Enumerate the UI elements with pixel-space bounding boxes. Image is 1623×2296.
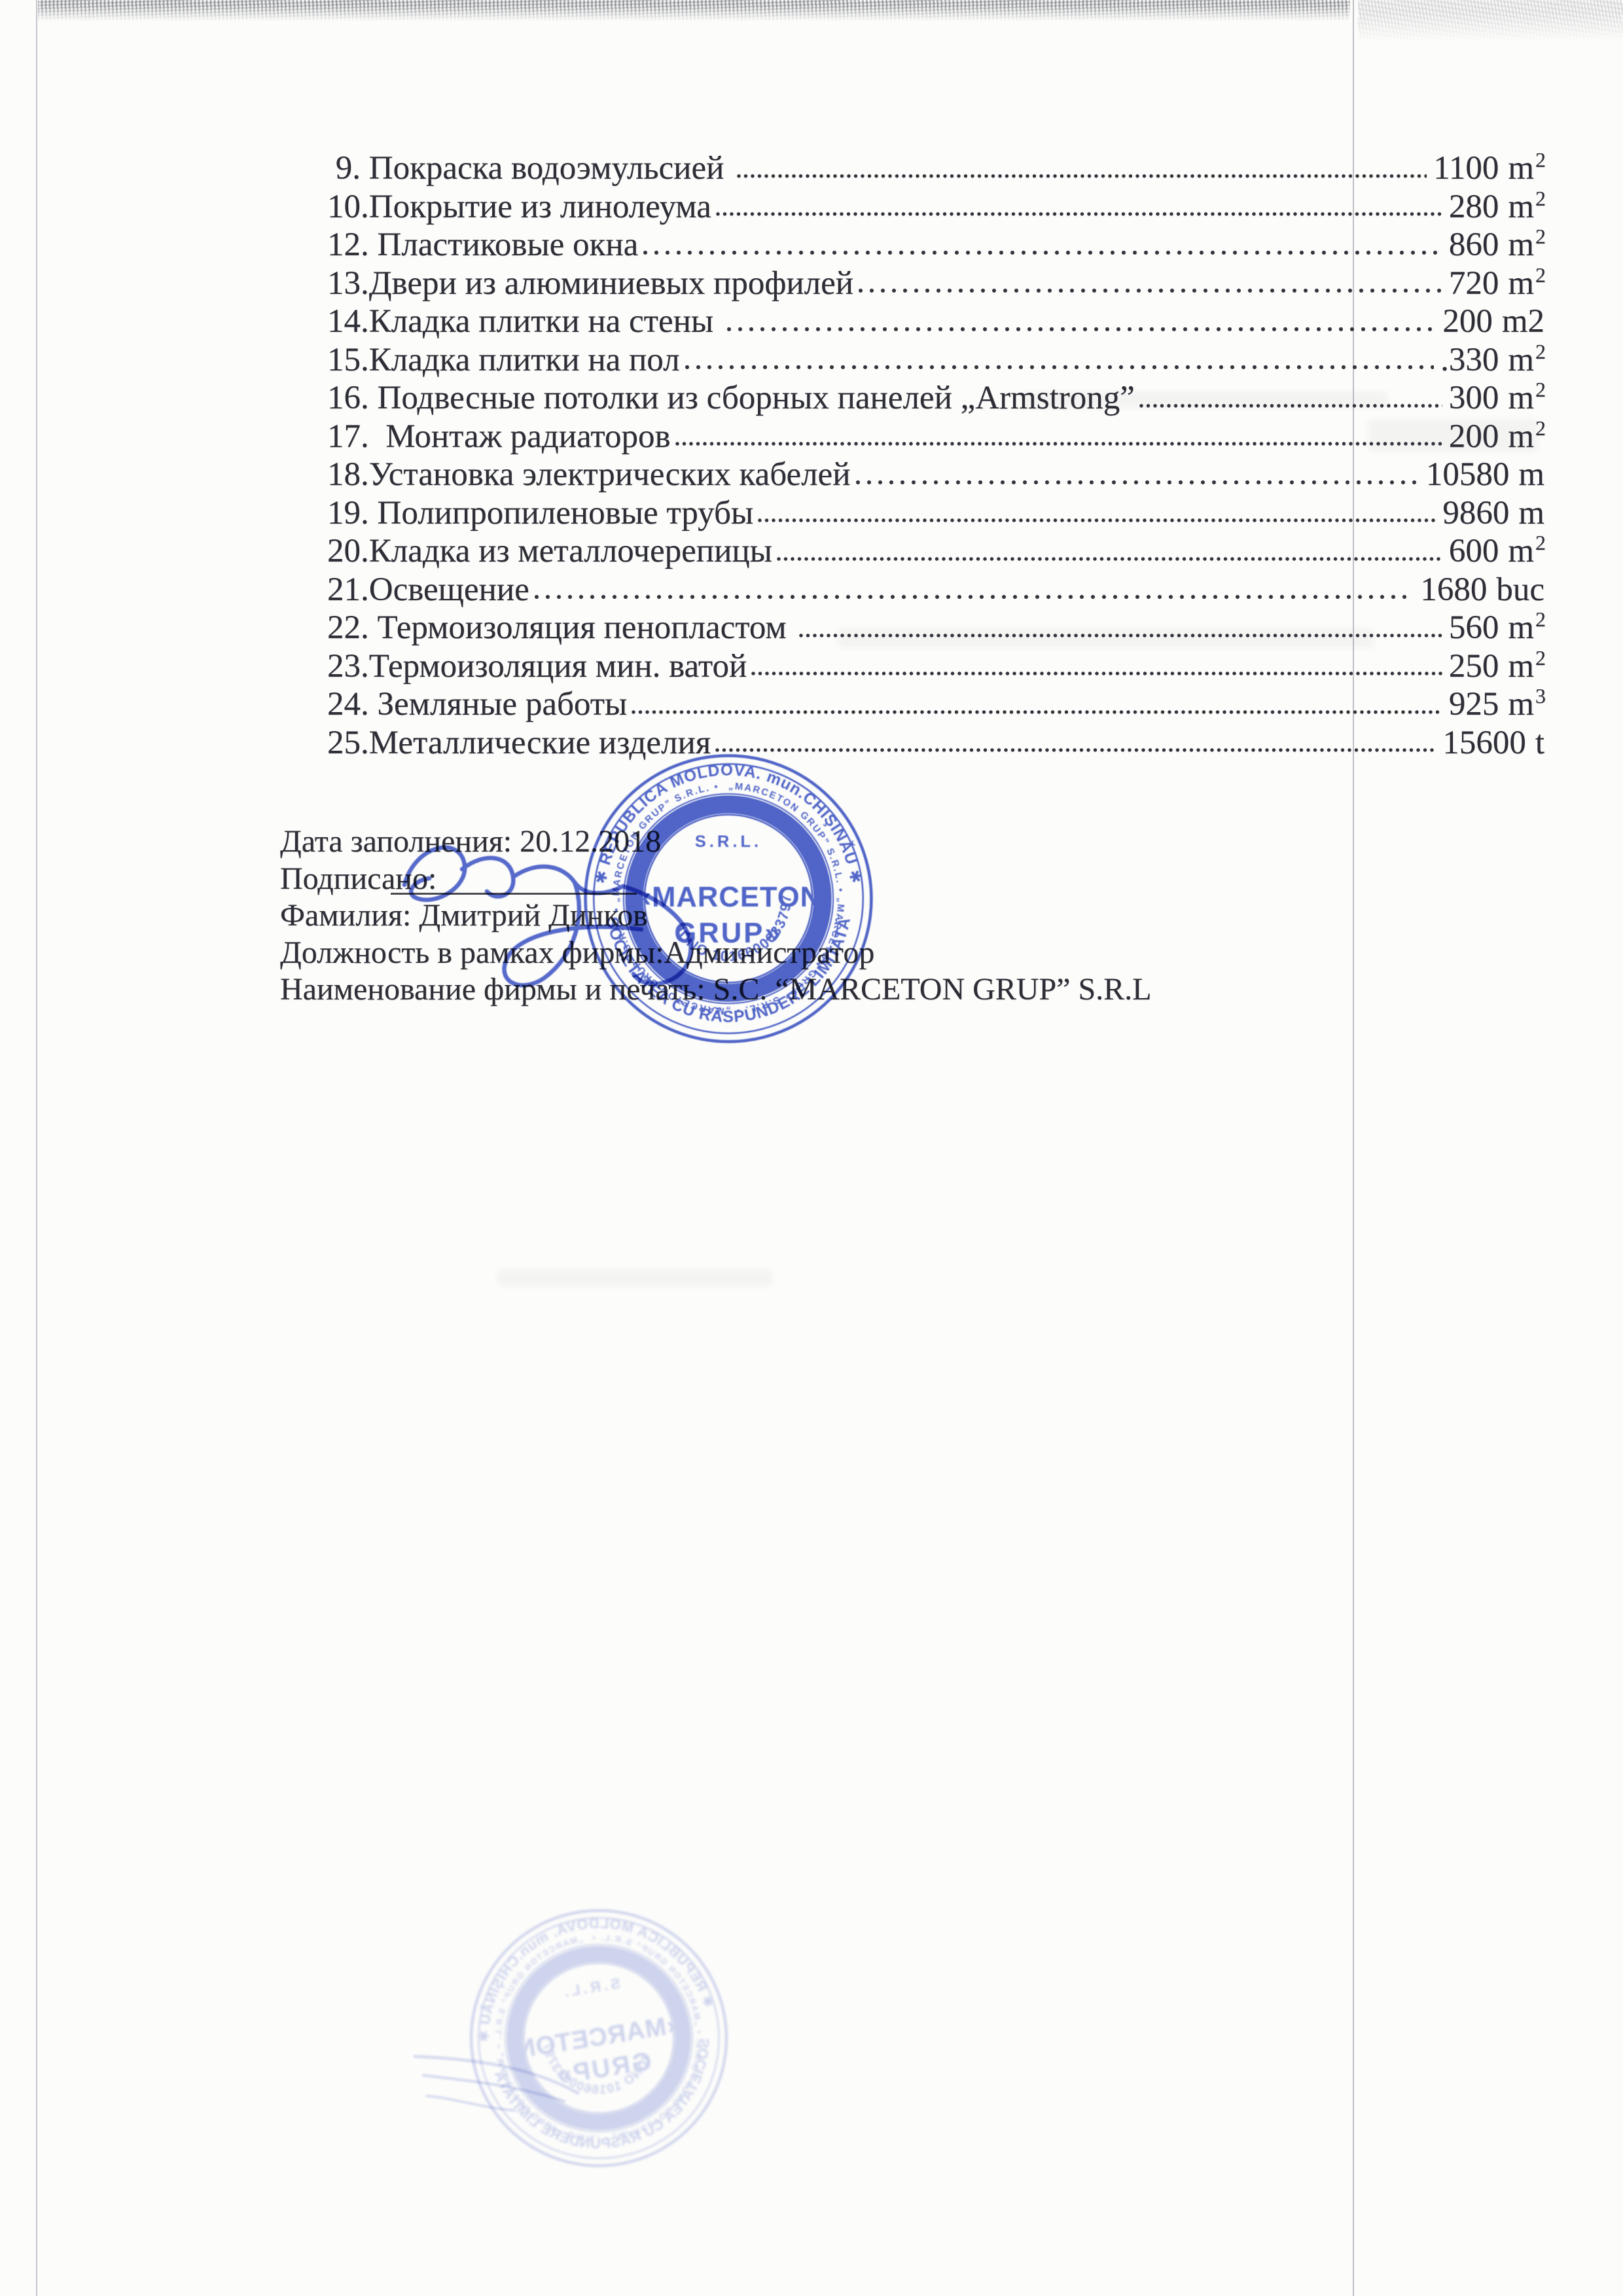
dot-leader bbox=[715, 207, 1442, 217]
handwritten-signature bbox=[364, 822, 730, 1045]
item-quantity: 1100m2 bbox=[1433, 149, 1546, 188]
list-item: 20.Кладка из металлочерепицы 600m2 bbox=[327, 532, 1546, 571]
item-quantity: 15600t bbox=[1442, 724, 1546, 762]
scanned-document-page: 9. Покраска водоэмульсией 1100m2 10.Покр… bbox=[0, 0, 1623, 2296]
item-label: 22. Термоизоляция пенопластом bbox=[327, 609, 794, 647]
list-item: 22. Термоизоляция пенопластом 560m2 bbox=[327, 609, 1546, 647]
scan-noise-band-top bbox=[38, 0, 1350, 22]
item-quantity: 600m2 bbox=[1449, 532, 1546, 571]
list-item: 9. Покраска водоэмульсией 1100m2 bbox=[327, 149, 1546, 188]
item-label: 19. Полипропиленовые трубы bbox=[327, 494, 753, 533]
list-item: 17. Монтаж радиаторов 200m2 bbox=[327, 418, 1546, 456]
item-label: 10.Покрытие из линолеума bbox=[327, 188, 711, 226]
dot-leader bbox=[757, 513, 1436, 524]
dot-leader bbox=[798, 628, 1442, 639]
dot-leader bbox=[726, 322, 1436, 332]
item-quantity: 300m2 bbox=[1449, 379, 1546, 418]
item-label: 14.Кладка плитки на стены bbox=[327, 302, 722, 341]
list-item: 24. Земляные работы 925m3 bbox=[327, 685, 1546, 724]
scan-noise-band-top-right bbox=[1358, 0, 1623, 42]
ghost-stamp-srl: S.R.L. bbox=[560, 1975, 622, 2000]
item-label: 23.Термоизоляция мин. ватой bbox=[327, 647, 747, 686]
page-edge-line bbox=[36, 0, 37, 2296]
dot-leader bbox=[751, 666, 1442, 677]
dot-leader bbox=[855, 475, 1419, 486]
item-label: 16. Подвесные потолки из сборных панелей… bbox=[327, 379, 1135, 418]
list-item: 18.Установка электрических кабелей 10580… bbox=[327, 456, 1546, 494]
item-label: 18.Установка электрических кабелей bbox=[327, 456, 851, 494]
ghost-signature-bleedthrough bbox=[388, 2019, 594, 2138]
item-quantity: 860m2 bbox=[1449, 226, 1546, 264]
item-quantity: 200m2 bbox=[1449, 418, 1546, 456]
dot-leader bbox=[533, 590, 1414, 600]
item-label: 15.Кладка плитки на пол bbox=[327, 341, 680, 380]
bleed-ghost-mark bbox=[497, 1270, 772, 1287]
item-label: 13.Двери из алюминиевых профилей bbox=[327, 264, 853, 303]
item-quantity: 280m2 bbox=[1449, 188, 1546, 226]
list-item: 12. Пластиковые окна 860m2 bbox=[327, 226, 1546, 264]
dot-leader bbox=[1139, 399, 1442, 409]
item-label: 24. Земляные работы bbox=[327, 685, 627, 724]
dot-leader bbox=[736, 169, 1427, 179]
item-quantity: 720m2 bbox=[1449, 264, 1546, 303]
works-list: 9. Покраска водоэмульсией 1100m2 10.Покр… bbox=[327, 149, 1546, 762]
item-quantity: 560m2 bbox=[1449, 609, 1546, 647]
item-quantity: 10580m bbox=[1426, 456, 1546, 494]
item-label: 20.Кладка из металлочерепицы bbox=[327, 532, 772, 571]
item-label: 17. Монтаж радиаторов bbox=[327, 418, 671, 456]
dot-leader bbox=[857, 283, 1442, 294]
list-item: 21.Освещение 1680buc bbox=[327, 571, 1546, 609]
dot-leader bbox=[776, 552, 1442, 562]
item-label: 12. Пластиковые окна bbox=[327, 226, 638, 264]
list-item: 10.Покрытие из линолеума 280m2 bbox=[327, 188, 1546, 226]
item-quantity: 9860m bbox=[1442, 494, 1546, 533]
dot-leader bbox=[715, 743, 1436, 753]
list-item: 23.Термоизоляция мин. ватой 250m2 bbox=[327, 647, 1546, 686]
item-quantity: 1680buc bbox=[1420, 571, 1546, 609]
dot-leader bbox=[684, 360, 1434, 370]
list-item: 15.Кладка плитки на пол .330m2 bbox=[327, 341, 1546, 380]
item-quantity: .330m2 bbox=[1440, 341, 1546, 380]
list-item: 13.Двери из алюминиевых профилей 720m2 bbox=[327, 264, 1546, 303]
item-quantity: 925m3 bbox=[1449, 685, 1546, 724]
item-quantity: 250m2 bbox=[1449, 647, 1546, 686]
list-item: 19. Полипропиленовые трубы 9860m bbox=[327, 494, 1546, 533]
dot-leader bbox=[675, 437, 1442, 447]
item-quantity: 200m2 bbox=[1442, 302, 1546, 341]
list-item: 16. Подвесные потолки из сборных панелей… bbox=[327, 379, 1546, 418]
dot-leader bbox=[631, 705, 1442, 715]
item-label: 21.Освещение bbox=[327, 571, 529, 609]
list-item: 25.Металлические изделия 15600t bbox=[327, 724, 1546, 762]
list-item: 14.Кладка плитки на стены 200m2 bbox=[327, 302, 1546, 341]
item-label: 9. Покраска водоэмульсией bbox=[327, 149, 732, 188]
dot-leader bbox=[642, 245, 1442, 256]
